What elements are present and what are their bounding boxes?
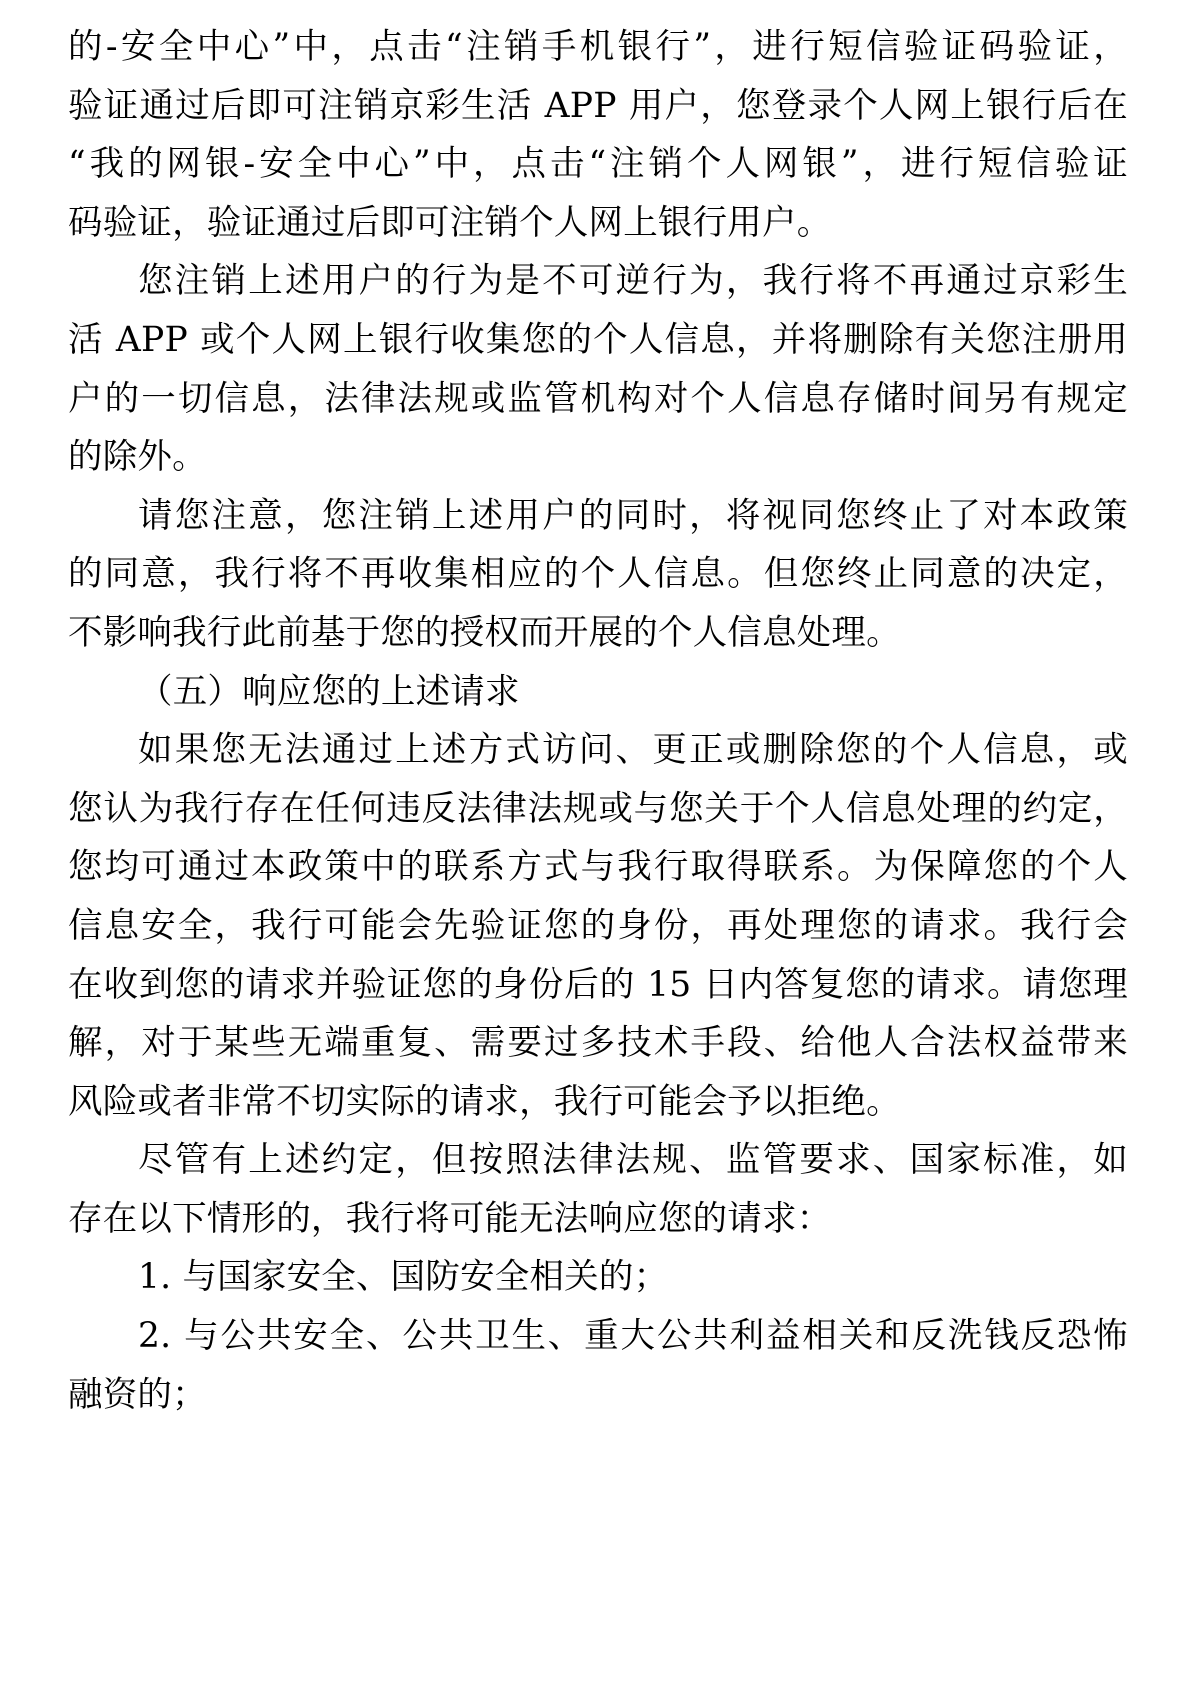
text-line: 验证通过后即可注销京彩生活 APP 用户，您登录个人网上银行后在 <box>68 77 1128 136</box>
paragraph-exceptions-intro: 尽管有上述约定，但按照法律法规、监管要求、国家标准，如 存在以下情形的，我行将可… <box>68 1131 1128 1248</box>
list-item-text: 融资的； <box>68 1366 1128 1425</box>
paragraph-contact-for-requests: 如果您无法通过上述方式访问、更正或删除您的个人信息，或 您认为我行存在任何违反法… <box>68 721 1128 1131</box>
text-line: 的同意，我行将不再收集相应的个人信息。但您终止同意的决定， <box>68 545 1128 604</box>
text-line: 的除外。 <box>68 428 1128 487</box>
text-line: 不影响我行此前基于您的授权而开展的个人信息处理。 <box>68 604 1128 663</box>
text-line: 信息安全，我行可能会先验证您的身份，再处理您的请求。我行会 <box>68 897 1128 956</box>
text-line: 活 APP 或个人网上银行收集您的个人信息，并将删除有关您注册用 <box>68 311 1128 370</box>
text-line: 码验证，验证通过后即可注销个人网上银行用户。 <box>68 194 1128 253</box>
list-item-text: 1. 与国家安全、国防安全相关的； <box>68 1248 1128 1307</box>
text-line: “我的网银-安全中心”中，点击“注销个人网银”，进行短信验证 <box>68 135 1128 194</box>
section-heading-respond-requests: （五）响应您的上述请求 <box>68 663 1128 722</box>
text-line: 的-安全中心”中，点击“注销手机银行”，进行短信验证码验证， <box>68 18 1128 77</box>
paragraph-consent-withdrawal-notice: 请您注意，您注销上述用户的同时，将视同您终止了对本政策 的同意，我行将不再收集相… <box>68 487 1128 663</box>
document-page: 的-安全中心”中，点击“注销手机银行”，进行短信验证码验证， 验证通过后即可注销… <box>68 18 1128 1424</box>
text-line: 您认为我行存在任何违反法律法规或与您关于个人信息处理的约定， <box>68 780 1128 839</box>
text-line: 您均可通过本政策中的联系方式与我行取得联系。为保障您的个人 <box>68 838 1128 897</box>
section-heading: （五）响应您的上述请求 <box>68 663 1128 722</box>
text-line: 在收到您的请求并验证您的身份后的 15 日内答复您的请求。请您理 <box>68 956 1128 1015</box>
list-item-text: 2. 与公共安全、公共卫生、重大公共利益相关和反洗钱反恐怖 <box>68 1307 1128 1366</box>
list-item-public-safety: 2. 与公共安全、公共卫生、重大公共利益相关和反洗钱反恐怖 融资的； <box>68 1307 1128 1424</box>
paragraph-irreversible-cancellation: 您注销上述用户的行为是不可逆行为，我行将不再通过京彩生 活 APP 或个人网上银… <box>68 252 1128 486</box>
text-line: 风险或者非常不切实际的请求，我行可能会予以拒绝。 <box>68 1073 1128 1132</box>
paragraph-account-cancellation-steps: 的-安全中心”中，点击“注销手机银行”，进行短信验证码验证， 验证通过后即可注销… <box>68 18 1128 252</box>
text-line: 存在以下情形的，我行将可能无法响应您的请求： <box>68 1190 1128 1249</box>
text-line: 尽管有上述约定，但按照法律法规、监管要求、国家标准，如 <box>68 1131 1128 1190</box>
list-item-national-security: 1. 与国家安全、国防安全相关的； <box>68 1248 1128 1307</box>
text-line: 户的一切信息，法律法规或监管机构对个人信息存储时间另有规定 <box>68 370 1128 429</box>
text-line: 您注销上述用户的行为是不可逆行为，我行将不再通过京彩生 <box>68 252 1128 311</box>
text-line: 请您注意，您注销上述用户的同时，将视同您终止了对本政策 <box>68 487 1128 546</box>
text-line: 如果您无法通过上述方式访问、更正或删除您的个人信息，或 <box>68 721 1128 780</box>
text-line: 解，对于某些无端重复、需要过多技术手段、给他人合法权益带来 <box>68 1014 1128 1073</box>
